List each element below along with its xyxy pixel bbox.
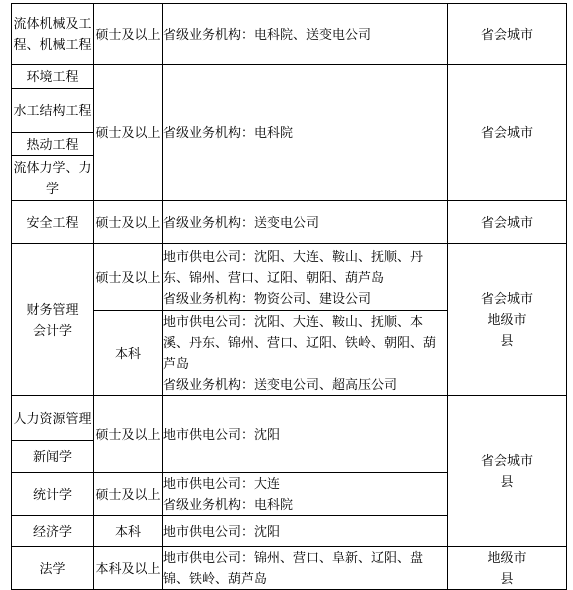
table-row: 流体机械及工程、机械工程 硕士及以上 省级业务机构：电科院、送变电公司 省会城市 [12,4,567,65]
cell-major: 法学 [12,547,94,590]
cell-degree: 本科 [94,516,163,547]
cell-city: 省会城市 [448,201,567,244]
cell-major: 经济学 [12,516,94,547]
cell-org: 地市供电公司：沈阳 [163,516,448,547]
table-row: 安全工程 硕士及以上 省级业务机构：送变电公司 省会城市 [12,201,567,244]
cell-degree: 硕士及以上 [94,473,163,516]
cell-degree: 硕士及以上 [94,396,163,473]
table-row: 人力资源管理 硕士及以上 地市供电公司：沈阳 省会城市 县 [12,396,567,441]
cell-city: 地级市 县 [448,547,567,590]
page: 流体机械及工程、机械工程 硕士及以上 省级业务机构：电科院、送变电公司 省会城市… [0,0,573,590]
cell-major: 环境工程 [12,65,94,89]
cell-major: 人力资源管理 [12,396,94,441]
cell-degree: 硕士及以上 [94,65,163,201]
cell-major: 流体机械及工程、机械工程 [12,4,94,65]
cell-degree: 本科 [94,311,163,396]
cell-major: 新闻学 [12,441,94,473]
cell-org: 省级业务机构：电科院、送变电公司 [163,4,448,65]
table-row: 财务管理 会计学 硕士及以上 地市供电公司：沈阳、大连、鞍山、抚顺、丹东、锦州、… [12,244,567,311]
cell-org: 地市供电公司：沈阳、大连、鞍山、抚顺、本溪、丹东、锦州、营口、辽阳、铁岭、朝阳、… [163,311,448,396]
cell-major: 热动工程 [12,133,94,156]
cell-major: 流体力学、力学 [12,156,94,201]
cell-org: 省级业务机构：电科院 [163,65,448,201]
cell-org: 地市供电公司：锦州、营口、阜新、辽阳、盘锦、铁岭、葫芦岛 [163,547,448,590]
cell-org: 地市供电公司：大连 省级业务机构：电科院 [163,473,448,516]
cell-org: 省级业务机构：送变电公司 [163,201,448,244]
table-row: 环境工程 硕士及以上 省级业务机构：电科院 省会城市 [12,65,567,89]
cell-org: 地市供电公司：沈阳 [163,396,448,473]
cell-major: 安全工程 [12,201,94,244]
table-row: 法学 本科及以上 地市供电公司：锦州、营口、阜新、辽阳、盘锦、铁岭、葫芦岛 地级… [12,547,567,590]
cell-city: 省会城市 [448,4,567,65]
cell-city: 省会城市 县 [448,396,567,547]
cell-city: 省会城市 地级市 县 [448,244,567,396]
cell-degree: 硕士及以上 [94,4,163,65]
cell-org: 地市供电公司：沈阳、大连、鞍山、抚顺、丹东、锦州、营口、辽阳、朝阳、葫芦岛 省级… [163,244,448,311]
cell-degree: 硕士及以上 [94,244,163,311]
cell-major: 财务管理 会计学 [12,244,94,396]
cell-major: 统计学 [12,473,94,516]
cell-major: 水工结构工程 [12,89,94,133]
cell-degree: 硕士及以上 [94,201,163,244]
cell-degree: 本科及以上 [94,547,163,590]
cell-city: 省会城市 [448,65,567,201]
recruitment-table: 流体机械及工程、机械工程 硕士及以上 省级业务机构：电科院、送变电公司 省会城市… [11,3,567,590]
